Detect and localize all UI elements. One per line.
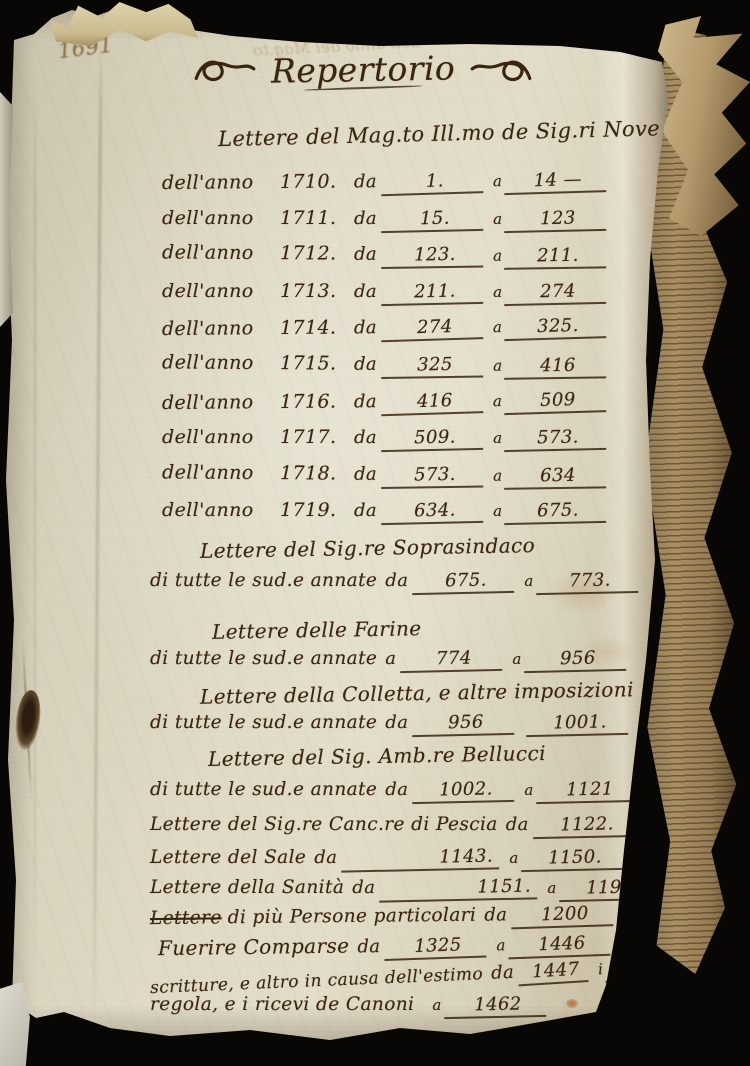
section-entry: Lettere del Saleda1143.a1150. bbox=[150, 847, 623, 871]
underline-slot: 1462 bbox=[443, 993, 545, 1019]
a-word: a bbox=[496, 936, 506, 954]
a-word: a bbox=[547, 879, 556, 897]
to-page: 675. bbox=[537, 500, 579, 522]
underline-slot: 956 bbox=[524, 647, 626, 673]
underline-slot: 416 bbox=[504, 354, 606, 379]
underline-slot: 1462 bbox=[605, 954, 680, 983]
a-word: a bbox=[493, 502, 502, 520]
underline-slot: 1199. bbox=[558, 876, 660, 902]
annata-row: dell'anno1711.da15.a123 bbox=[162, 207, 632, 244]
to-page: 416 bbox=[540, 355, 576, 376]
annata-row: dell'anno1717.da509.a573. bbox=[162, 426, 632, 463]
a-word: a bbox=[645, 816, 654, 834]
entry-text: di più Persone particolari bbox=[228, 905, 477, 929]
underline-slot: 675. bbox=[412, 569, 514, 595]
da-word: da bbox=[354, 427, 377, 448]
from-page: 1143. bbox=[440, 845, 494, 867]
from-page: 15. bbox=[420, 207, 450, 229]
to-page: 14 — bbox=[534, 169, 583, 191]
underline-slot: 573. bbox=[381, 463, 483, 488]
from-page: 325 bbox=[417, 354, 453, 375]
section-entry: Lettere del Sig.re Canc.re di Pesciada11… bbox=[150, 814, 750, 838]
row-label: dell'anno bbox=[162, 499, 280, 521]
entry-text: di tutte le sud.e annate bbox=[150, 779, 377, 800]
a-word: a bbox=[493, 172, 503, 190]
underline-slot: 634. bbox=[381, 499, 483, 525]
from-page: 1200 bbox=[541, 903, 589, 925]
a-word: a bbox=[493, 466, 502, 484]
underline-slot: 416 bbox=[381, 389, 484, 416]
underline-slot: 1143. bbox=[341, 845, 499, 872]
underline-slot: 1002. bbox=[412, 778, 514, 804]
underline-slot: 1. bbox=[381, 169, 484, 196]
underline-slot: 1122. bbox=[533, 813, 635, 839]
row-label: dell'anno bbox=[162, 242, 280, 265]
row-label: dell'anno bbox=[162, 280, 280, 302]
a-word: a bbox=[493, 392, 503, 410]
da-word: da bbox=[385, 779, 408, 800]
from-page: 956 bbox=[448, 712, 484, 734]
row-year: 1718. bbox=[280, 462, 354, 485]
da-word: da bbox=[314, 847, 337, 868]
entry-text: Fuerire Comparse bbox=[158, 933, 350, 960]
da-word: da bbox=[385, 712, 408, 733]
row-year: 1719. bbox=[280, 499, 354, 521]
a-word: a bbox=[524, 781, 533, 799]
underline-slot: 211. bbox=[381, 280, 483, 306]
a-word: a bbox=[524, 572, 533, 590]
to-page: 773. bbox=[569, 570, 611, 592]
da-word: da bbox=[354, 391, 377, 412]
from-page: 1. bbox=[426, 170, 445, 192]
underline-slot: 1446 bbox=[507, 929, 610, 960]
from-page: 274 bbox=[417, 316, 453, 338]
from-page: 509. bbox=[414, 427, 456, 449]
section-entry: di tutte le sud.e annatea774a956 bbox=[150, 648, 626, 672]
section-entry: di tutte le sud.e annateda675.a773. bbox=[150, 570, 638, 594]
underline-slot: 1325 bbox=[384, 931, 487, 962]
annata-row: dell'anno1715.da325a416 bbox=[162, 351, 632, 391]
a-word: a bbox=[493, 283, 502, 301]
row-year: 1714. bbox=[280, 317, 354, 340]
underline-slot: 123. bbox=[381, 244, 483, 269]
da-word: da bbox=[354, 208, 377, 229]
row-year: 1713. bbox=[280, 280, 354, 302]
annata-row: dell'anno1719.da634.a675. bbox=[162, 499, 632, 536]
underline-slot: 509. bbox=[381, 426, 483, 452]
underline-slot: 773. bbox=[535, 569, 637, 595]
da-word: da bbox=[354, 171, 377, 192]
underline-slot: 573. bbox=[504, 426, 606, 452]
underline-slot: 509 bbox=[504, 388, 607, 415]
from-page: 416 bbox=[417, 390, 453, 412]
underline-slot: 774 bbox=[400, 647, 502, 673]
underline-slot: 274 bbox=[504, 280, 606, 306]
row-label: dell'anno bbox=[162, 391, 280, 414]
underline-slot: 675. bbox=[504, 499, 606, 525]
underline-slot: 325 bbox=[381, 354, 483, 379]
underline-slot: 1447 bbox=[517, 958, 588, 986]
da-word: da bbox=[354, 354, 377, 375]
title-flourish-left-icon bbox=[193, 54, 257, 88]
from-page: 1122. bbox=[560, 813, 614, 835]
to-page: 956 bbox=[560, 648, 596, 670]
row-label: dell'anno bbox=[162, 461, 280, 484]
from-page: 123. bbox=[414, 244, 456, 266]
a-word: a bbox=[493, 429, 502, 447]
da-word: da bbox=[506, 814, 529, 835]
row-year: 1712. bbox=[280, 242, 354, 265]
to-page: 1150. bbox=[548, 846, 602, 868]
row-year: 1710. bbox=[280, 170, 354, 193]
a-word: a bbox=[493, 357, 502, 375]
section-entry: di tutte le sud.e annateda9561001. bbox=[150, 712, 628, 736]
from-page: 1325 bbox=[414, 934, 462, 957]
row-label: dell'anno bbox=[162, 351, 280, 374]
annata-row: dell'anno1716.da416a509 bbox=[162, 388, 632, 429]
to-page: 509 bbox=[540, 389, 576, 411]
from-page: 1447 bbox=[532, 959, 581, 983]
year-index-list: dell'anno1710.da1.a14 — dell'anno1711.da… bbox=[162, 170, 632, 536]
section-header: Lettere delle Farine bbox=[212, 616, 422, 644]
underline-slot: 634 bbox=[504, 464, 606, 489]
row-label: dell'anno bbox=[162, 426, 280, 448]
section-entry: Letteredi più Persone particolarida1200a… bbox=[150, 902, 737, 932]
underline-slot: 274 bbox=[381, 316, 484, 343]
to-page: 1199. bbox=[586, 876, 640, 898]
da-word: da bbox=[354, 318, 377, 339]
to-page: 123 bbox=[540, 207, 576, 229]
entry-text: Lettere del Sig.re Canc.re di Pescia bbox=[150, 814, 498, 835]
row-year: 1717. bbox=[280, 426, 354, 448]
photograph-background: 1691 dell anno del Mag.to Repertorio Let… bbox=[0, 0, 750, 1066]
da-word: da bbox=[491, 962, 515, 984]
da-word: da bbox=[352, 877, 375, 898]
to-page: 1462 bbox=[474, 993, 522, 1015]
underline-slot: 956 bbox=[412, 711, 514, 737]
section-entry: Lettere della Sanitàda1151.a1199. bbox=[150, 877, 661, 901]
to-page: 1446 bbox=[538, 933, 586, 956]
left-fold-crease bbox=[34, 60, 36, 1020]
da-word: da bbox=[354, 244, 377, 265]
annata-row: dell'anno1714.da274a325. bbox=[162, 314, 632, 355]
to-page: 1462 bbox=[621, 955, 670, 979]
rust-spot bbox=[566, 999, 578, 1008]
a-word: a bbox=[512, 650, 521, 668]
row-year: 1716. bbox=[280, 390, 354, 413]
underline-slot: 15. bbox=[381, 207, 483, 233]
a-word: a bbox=[509, 849, 518, 867]
entry-text: di tutte le sud.e annate bbox=[150, 648, 377, 669]
to-page: 274 bbox=[540, 280, 576, 302]
entry-text: regola, e i ricevi de Canoni bbox=[150, 994, 414, 1015]
da-word: da bbox=[357, 936, 380, 957]
a-word: a bbox=[493, 318, 503, 336]
da-word: da bbox=[354, 463, 377, 484]
row-year: 1715. bbox=[280, 352, 354, 375]
a-word: a bbox=[493, 247, 502, 265]
to-page: 634 bbox=[540, 465, 576, 486]
da-word: da bbox=[354, 281, 377, 302]
annata-row: dell'anno1710.da1.a14 — bbox=[162, 168, 632, 209]
title-flourish-right-icon bbox=[469, 54, 533, 88]
entry-text: Lettere del Sale bbox=[150, 847, 306, 868]
da-word: da bbox=[385, 570, 408, 591]
to-page: 325. bbox=[537, 315, 579, 337]
a-word: a bbox=[432, 996, 441, 1014]
to-page: 1121 bbox=[566, 778, 614, 800]
da-word: a bbox=[385, 648, 396, 669]
to-page: 1001. bbox=[553, 711, 607, 733]
to-page: 573. bbox=[537, 427, 579, 449]
page-title: Repertorio bbox=[271, 48, 456, 92]
underline-slot: 14 — bbox=[504, 168, 607, 195]
underline-slot: 1001. bbox=[526, 711, 628, 737]
from-page: 675. bbox=[445, 570, 487, 592]
entry-text: Lettere della Sanità bbox=[150, 877, 344, 898]
section-entry: di tutte le sud.e annateda1002.a1121 bbox=[150, 779, 638, 803]
underline-slot: 211. bbox=[504, 245, 606, 270]
row-label: dell'anno bbox=[162, 171, 280, 194]
from-page: 634. bbox=[414, 500, 456, 522]
annata-row: dell'anno1712.da123.a211. bbox=[162, 242, 632, 282]
underline-slot: 1200 bbox=[511, 902, 614, 929]
struck-word: Lettere bbox=[150, 907, 222, 929]
from-page: 1002. bbox=[439, 778, 493, 800]
from-page: 211. bbox=[414, 280, 456, 302]
manuscript-page: 1691 dell anno del Mag.to Repertorio Let… bbox=[0, 0, 700, 1058]
underline-slot: 123 bbox=[504, 207, 606, 233]
title-row: Repertorio bbox=[178, 50, 548, 91]
underline-slot: 1151. bbox=[379, 875, 537, 902]
from-page: 573. bbox=[414, 464, 456, 486]
entry-text: di tutte le sud.e annate bbox=[150, 712, 377, 733]
underline-slot: 1121 bbox=[535, 778, 637, 804]
a-word: a bbox=[623, 905, 633, 923]
row-label: dell'anno bbox=[162, 207, 280, 229]
entry-text: di tutte le sud.e annate bbox=[150, 570, 377, 591]
section-entry: regola, e i ricevi de Canonia1462 bbox=[150, 994, 546, 1018]
annata-row: dell'anno1713.da211.a274 bbox=[162, 280, 632, 317]
row-label: dell'anno bbox=[162, 317, 280, 340]
a-word: a bbox=[493, 210, 502, 228]
to-page: 211. bbox=[537, 245, 579, 267]
da-word: da bbox=[354, 500, 377, 521]
from-page: 1151. bbox=[478, 875, 532, 897]
da-word: da bbox=[484, 904, 507, 925]
a-word: i bbox=[598, 960, 604, 978]
underline-slot: 1150. bbox=[520, 846, 622, 872]
row-year: 1711. bbox=[280, 207, 354, 229]
annata-row: dell'anno1718.da573.a634 bbox=[162, 461, 632, 501]
underline-slot: 325. bbox=[504, 314, 607, 341]
from-page: 774 bbox=[436, 648, 472, 670]
